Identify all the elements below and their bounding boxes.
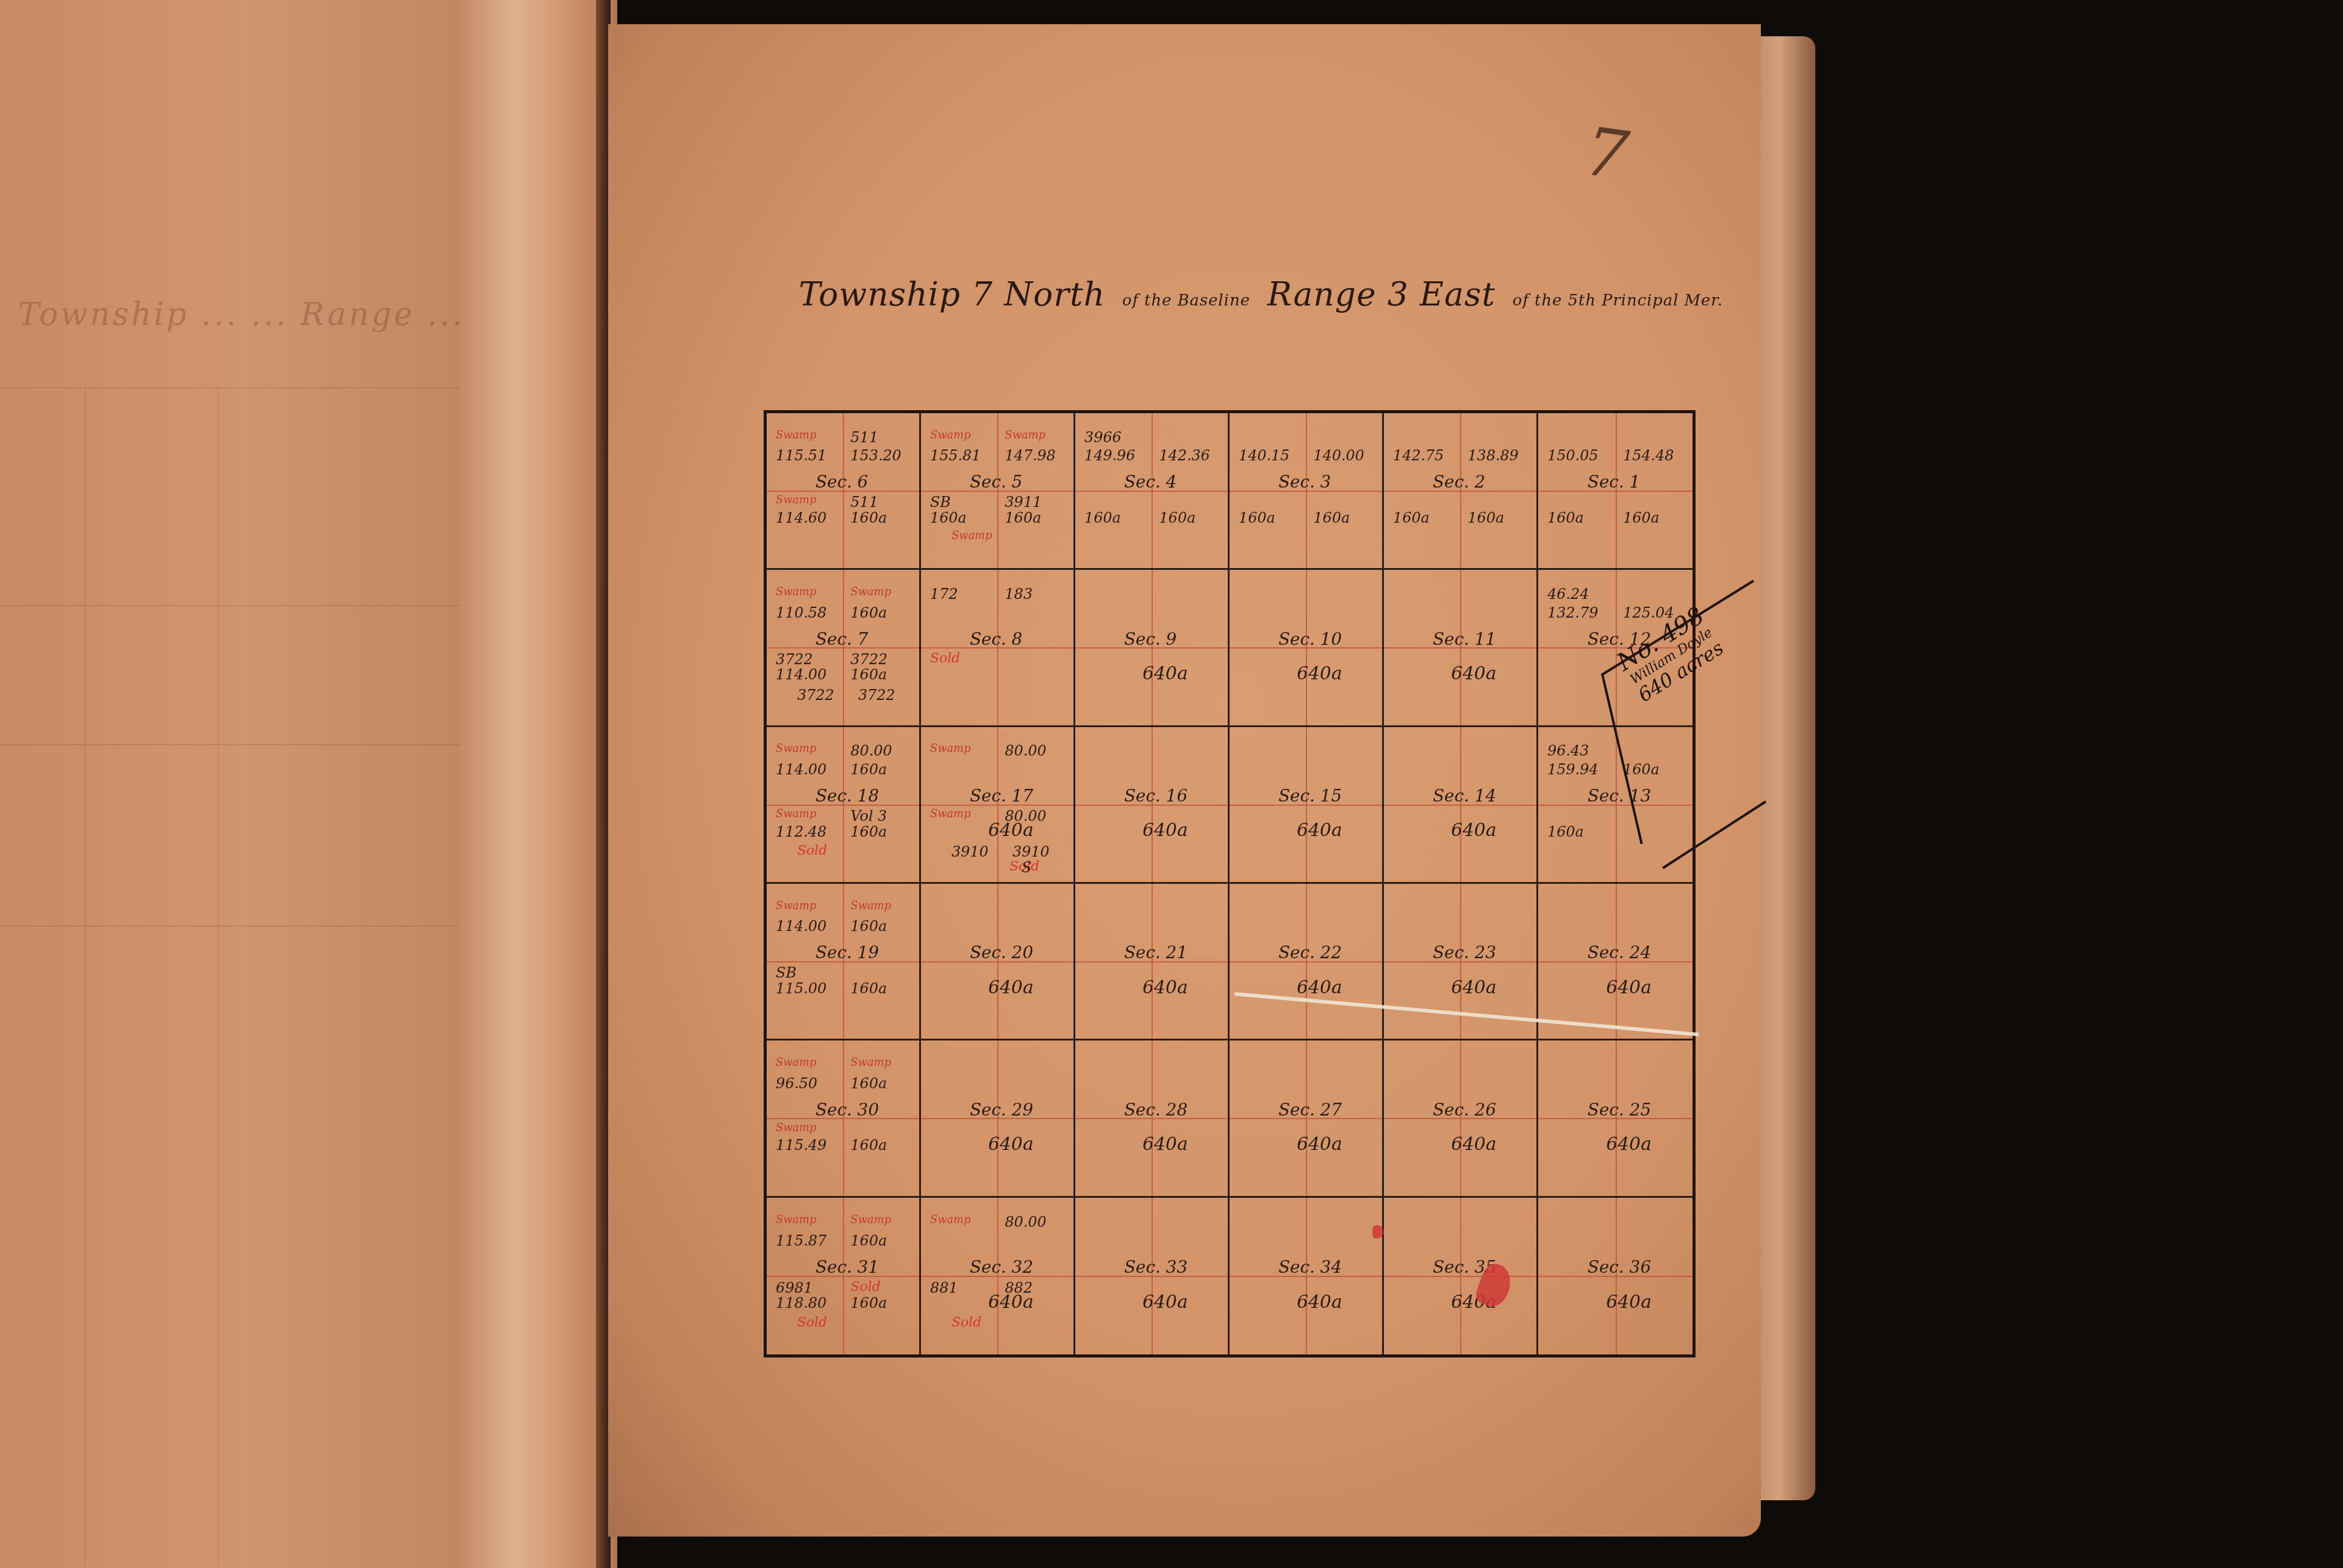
section-label: Sec. 21	[1124, 942, 1188, 962]
section-acreage: 640a	[1451, 977, 1496, 998]
section-label: Sec. 19	[816, 942, 879, 962]
annotation: 511	[851, 429, 879, 446]
section-label: Sec. 30	[816, 1100, 879, 1120]
section-label: Sec. 18	[816, 786, 879, 806]
section-cell: Sec. 8172183Sold	[921, 570, 1075, 727]
section-label: Sec. 36	[1588, 1257, 1651, 1277]
red-annotation: Sold	[951, 1315, 981, 1330]
section-cell: Sec. 3096.50160a115.49160aSwampSwampSwam…	[767, 1040, 921, 1197]
section-cell: Sec. 20640a	[921, 884, 1075, 1040]
lot-acreage: 147.98	[1005, 447, 1056, 464]
lot-acreage: 142.75	[1393, 447, 1444, 464]
left-page-faded-heading: Township ... ... Range ...	[18, 296, 465, 333]
red-annotation: Swamp	[776, 1056, 816, 1069]
annotation: 511	[851, 494, 879, 511]
lot-acreage: 160a	[1159, 509, 1196, 526]
lot-acreage: 140.00	[1314, 447, 1365, 464]
red-annotation: Swamp	[851, 900, 891, 912]
section-cell: Sec. 19114.00160a115.00160aSwampSwampSB	[767, 884, 921, 1040]
section-cell: Sec. 14640a	[1384, 727, 1538, 884]
book-gutter	[460, 0, 617, 1568]
title-meridian: of the 5th Principal Mer.	[1513, 292, 1723, 310]
title-township: Township 7 North	[799, 275, 1105, 313]
title-range: Range 3 East	[1267, 275, 1495, 313]
red-annotation: Swamp	[930, 1214, 971, 1226]
lot-acreage: 160a	[1005, 509, 1041, 526]
section-label: Sec. 4	[1124, 472, 1177, 492]
plat-title: Township 7 North of the Baseline Range 3…	[799, 275, 1646, 313]
lot-acreage: 115.00	[776, 980, 827, 997]
red-annotation: Swamp	[776, 742, 816, 755]
lot-acreage: 159.94	[1547, 761, 1598, 778]
lot-acreage: 160a	[1623, 509, 1659, 526]
left-page-frame	[0, 387, 467, 1567]
section-label: Sec. 20	[970, 942, 1034, 962]
section-acreage: 640a	[1297, 1134, 1342, 1155]
section-acreage: 640a	[1142, 1134, 1188, 1155]
lot-acreage: 160a	[851, 1137, 887, 1154]
section-label: Sec. 7	[816, 629, 868, 649]
section-label: Sec. 9	[1124, 629, 1177, 649]
section-label: Sec. 6	[816, 472, 868, 492]
section-cell: Sec. 27640a	[1230, 1040, 1384, 1197]
section-cell: Sec. 36640a	[1538, 1198, 1693, 1354]
lot-acreage: 160a	[851, 823, 887, 840]
lot-acreage: 160a	[851, 918, 887, 935]
red-annotation: Sold	[797, 1315, 827, 1330]
section-cell: Sec. 26640a	[1384, 1040, 1538, 1197]
red-annotation: Swamp	[776, 586, 816, 598]
lot-acreage: 160a	[1547, 823, 1584, 840]
section-acreage: 640a	[1606, 1292, 1651, 1313]
lot-acreage: 160a	[851, 666, 887, 683]
section-label: Sec. 3	[1279, 472, 1331, 492]
section-cell: Sec. 34640a	[1230, 1198, 1384, 1354]
red-annotation: Swamp	[776, 1122, 816, 1134]
annotation: 3722	[851, 651, 888, 668]
annotation: 172	[930, 586, 958, 603]
section-acreage: 640a	[1297, 977, 1342, 998]
lot-acreage: 160a	[851, 980, 887, 997]
annotation: 3911	[1005, 494, 1042, 511]
section-cell: Sec. 25640a	[1538, 1040, 1693, 1197]
lot-acreage: 149.96	[1084, 447, 1135, 464]
lot-acreage: 114.60	[776, 509, 827, 526]
annotation: SB	[776, 964, 796, 981]
section-cell: Sec. 9640a	[1075, 570, 1230, 727]
section-acreage: 640a	[1142, 1292, 1188, 1313]
lot-acreage: 160a	[1547, 509, 1584, 526]
section-cell: Sec. 31115.87160a118.80160aSwampSwamp698…	[767, 1198, 921, 1354]
annotation: 3966	[1084, 429, 1121, 446]
section-label: Sec. 17	[970, 786, 1034, 806]
lot-acreage: 160a	[1393, 509, 1429, 526]
section-label: Sec. 29	[970, 1100, 1034, 1120]
red-annotation: Swamp	[930, 429, 971, 442]
lot-acreage: 114.00	[776, 666, 827, 683]
annotation: 881	[930, 1279, 958, 1296]
annotation: 3910	[951, 843, 988, 860]
annotation: 183	[1005, 586, 1033, 603]
red-annotation: Swamp	[776, 808, 816, 820]
title-baseline: of the Baseline	[1122, 292, 1251, 310]
annotation: 882	[1005, 1279, 1033, 1296]
annotation: 46.24	[1547, 586, 1589, 603]
section-acreage: 640a	[1451, 1134, 1496, 1155]
section-cell: Sec. 5155.81147.98160a160aSwampSwampSB39…	[921, 413, 1075, 570]
lot-acreage: 160a	[930, 509, 966, 526]
section-cell: Sec. 32640aSwamp80.00881882Sold	[921, 1198, 1075, 1354]
section-acreage: 640a	[1451, 663, 1496, 684]
section-acreage: 640a	[988, 977, 1034, 998]
red-annotation: Swamp	[930, 742, 971, 755]
lot-acreage: 150.05	[1547, 447, 1598, 464]
red-annotation: Sold	[930, 651, 960, 666]
section-label: Sec. 33	[1124, 1257, 1188, 1277]
lot-acreage: 153.20	[851, 447, 902, 464]
annotation: SB	[930, 494, 951, 511]
annotation: 6981	[776, 1279, 813, 1296]
section-acreage: 640a	[1142, 820, 1188, 841]
lot-acreage: 115.49	[776, 1137, 827, 1154]
lot-acreage: 160a	[1239, 509, 1275, 526]
section-cell: Sec. 1150.05154.48160a160a	[1538, 413, 1693, 570]
section-label: Sec. 5	[970, 472, 1023, 492]
lot-acreage: 118.80	[776, 1295, 827, 1312]
section-label: Sec. 2	[1433, 472, 1486, 492]
lot-acreage: 114.00	[776, 918, 827, 935]
red-annotation: Swamp	[930, 808, 971, 820]
lot-acreage: 112.48	[776, 823, 827, 840]
lot-acreage: 160a	[851, 1295, 887, 1312]
section-acreage: 640a	[988, 1134, 1034, 1155]
red-annotation: Swamp	[851, 1214, 891, 1226]
red-annotation: Swamp	[951, 529, 992, 542]
section-cell: Sec. 3140.15140.00160a160a	[1230, 413, 1384, 570]
red-annotation: Swamp	[776, 900, 816, 912]
lot-acreage: 154.48	[1623, 447, 1674, 464]
lot-acreage: 160a	[851, 509, 887, 526]
section-label: Sec. 24	[1588, 942, 1651, 962]
section-cell: Sec. 13159.94160a160a96.43	[1538, 727, 1693, 884]
section-cell: Sec. 15640a	[1230, 727, 1384, 884]
annotation: 80.00	[851, 742, 893, 759]
section-label: Sec. 13	[1588, 786, 1651, 806]
red-annotation: Sold	[851, 1279, 880, 1295]
lot-acreage: 115.51	[776, 447, 827, 464]
lot-acreage: 160a	[851, 1232, 887, 1249]
lot-acreage: 160a	[1084, 509, 1121, 526]
section-label: Sec. 11	[1433, 629, 1496, 649]
red-annotation: Sold	[797, 843, 827, 858]
lot-acreage: 160a	[1314, 509, 1350, 526]
annotation: 80.00	[1005, 742, 1047, 759]
section-cell: Sec. 21640a	[1075, 884, 1230, 1040]
annotation: 3722	[858, 687, 895, 704]
lot-acreage: 142.36	[1159, 447, 1210, 464]
lot-acreage: 110.58	[776, 604, 827, 621]
section-label: Sec. 8	[970, 629, 1023, 649]
section-cell: Sec. 18114.00160a112.48160aSwamp80.00Swa…	[767, 727, 921, 884]
section-acreage: 640a	[1297, 663, 1342, 684]
lot-acreage: 155.81	[930, 447, 981, 464]
section-cell: Sec. 29640a	[921, 1040, 1075, 1197]
annotation: 96.43	[1547, 742, 1589, 759]
section-label: Sec. 22	[1279, 942, 1342, 962]
lot-acreage: 160a	[851, 1075, 887, 1092]
section-acreage: 640a	[1297, 1292, 1342, 1313]
red-annotation: Swamp	[776, 1214, 816, 1226]
lot-acreage: 160a	[851, 761, 887, 778]
section-label: Sec. 23	[1433, 942, 1496, 962]
section-cell: Sec. 11640a	[1384, 570, 1538, 727]
section-acreage: 640a	[1142, 663, 1188, 684]
section-cell: Sec. 24640a	[1538, 884, 1693, 1040]
red-annotation: Swamp	[1005, 429, 1046, 442]
annotation: 80.00	[1005, 1214, 1047, 1230]
section-cell: Sec. 2142.75138.89160a160a	[1384, 413, 1538, 570]
lot-acreage: 160a	[1468, 509, 1504, 526]
lot-acreage: 140.15	[1239, 447, 1289, 464]
section-cell: Sec. 33640a	[1075, 1198, 1230, 1354]
annotation: Vol 3	[851, 808, 887, 825]
section-label: Sec. 31	[816, 1257, 879, 1277]
red-annotation: Swamp	[851, 586, 891, 598]
section-label: Sec. 34	[1279, 1257, 1342, 1277]
red-annotation: Swamp	[776, 429, 816, 442]
section-cell: Sec. 17640aSwamp80.00Swamp80.0039103910S…	[921, 727, 1075, 884]
section-cell: Sec. 35640a	[1384, 1198, 1538, 1354]
section-acreage: 640a	[1606, 977, 1651, 998]
section-cell: Sec. 22640a	[1230, 884, 1384, 1040]
section-cell: Sec. 7110.58160a114.00160aSwampSwamp3722…	[767, 570, 921, 727]
section-cell: Sec. 10640a	[1230, 570, 1384, 727]
red-annotation: Swamp	[776, 494, 816, 506]
section-label: Sec. 16	[1124, 786, 1188, 806]
section-label: Sec. 15	[1279, 786, 1342, 806]
section-cell: Sec. 16640a	[1075, 727, 1230, 884]
lot-acreage: 114.00	[776, 761, 827, 778]
annotation: S	[1021, 859, 1031, 876]
section-label: Sec. 14	[1433, 786, 1496, 806]
section-label: Sec. 25	[1588, 1100, 1651, 1120]
township-plat-grid: Sec. 6115.51153.20114.60160aSwamp511Swam…	[764, 410, 1696, 1357]
annotation: 3722	[776, 651, 813, 668]
section-cell: Sec. 6115.51153.20114.60160aSwamp511Swam…	[767, 413, 921, 570]
section-acreage: 640a	[1451, 820, 1496, 841]
section-cell: Sec. 4149.96142.36160a160a3966	[1075, 413, 1230, 570]
annotation: 3722	[797, 687, 834, 704]
lot-acreage: 160a	[851, 604, 887, 621]
section-acreage: 640a	[1606, 1134, 1651, 1155]
section-label: Sec. 1	[1588, 472, 1640, 492]
lot-acreage: 96.50	[776, 1075, 818, 1092]
lot-acreage: 115.87	[776, 1232, 827, 1249]
section-cell: Sec. 28640a	[1075, 1040, 1230, 1197]
red-ink-stain	[1372, 1225, 1383, 1238]
section-label: Sec. 27	[1279, 1100, 1342, 1120]
annotation: 3910	[1012, 843, 1049, 860]
red-annotation: Swamp	[851, 1056, 891, 1069]
section-acreage: 640a	[1142, 977, 1188, 998]
section-label: Sec. 28	[1124, 1100, 1188, 1120]
section-acreage: 640a	[1297, 820, 1342, 841]
lot-acreage: 138.89	[1468, 447, 1519, 464]
section-label: Sec. 10	[1279, 629, 1342, 649]
section-label: Sec. 26	[1433, 1100, 1496, 1120]
section-label: Sec. 32	[970, 1257, 1034, 1277]
annotation: 80.00	[1005, 808, 1047, 825]
lot-acreage: 160a	[1623, 761, 1659, 778]
